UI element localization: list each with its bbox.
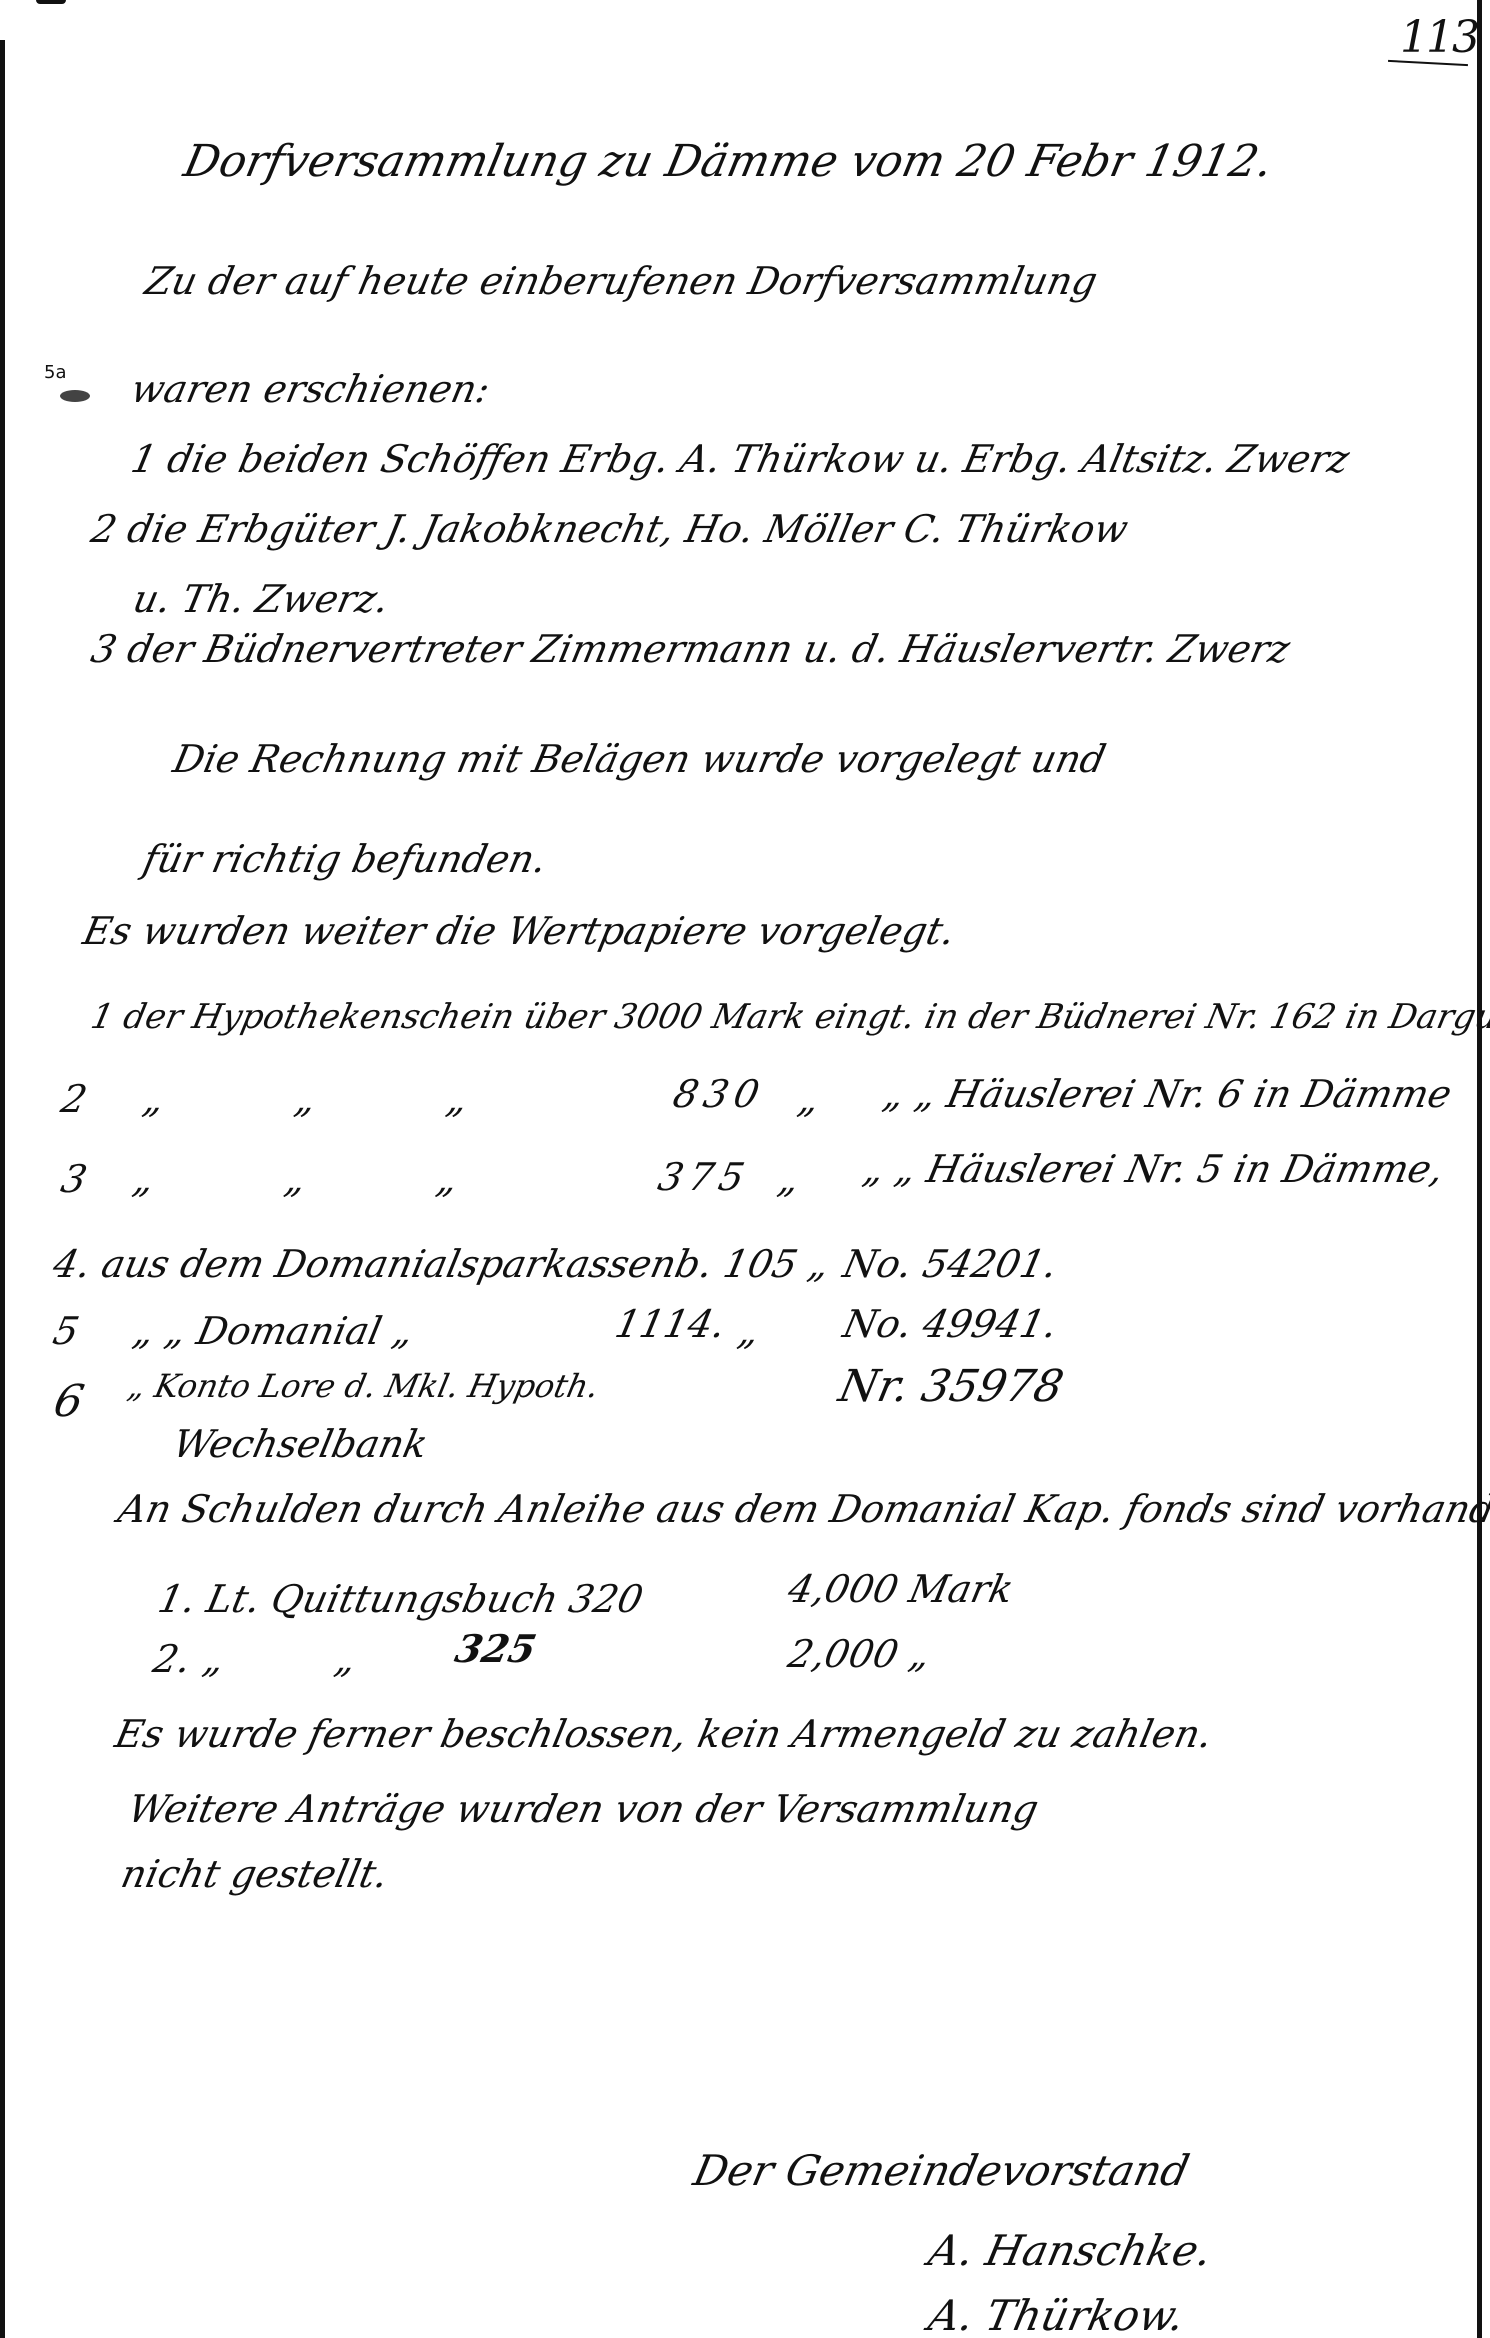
security-item-2-unit: „ [795, 1080, 823, 1118]
attendee-item-3: 3 der Büdnervertreter Zimmermann u. d. H… [88, 630, 1293, 668]
security-item-5-unit: „ [735, 1312, 763, 1350]
debt-item-1: 1. Lt. Quittungsbuch 320 [155, 1580, 646, 1618]
debts-intro: An Schulden durch Anleihe aus dem Domani… [115, 1490, 1490, 1528]
security-item-6-detail: Nr. 35978 [835, 1365, 1067, 1409]
intro-line-1: Zu der auf heute einberufenen Dorfversam… [142, 262, 1101, 300]
debt-item-1-amount: 4,000 Mark [785, 1570, 1017, 1608]
security-item-5-desc: „ „ Domanial „ [130, 1312, 417, 1350]
page-number: 113 [1400, 12, 1478, 63]
security-item-3-detail: „ „ Häuslerei Nr. 5 in Dämme, [860, 1150, 1447, 1188]
security-item-5-detail: No. 49941. [840, 1305, 1061, 1343]
attendee-item-2-cont: u. Th. Zwerz. [130, 580, 392, 618]
security-item-3-ditto: „ „ „ [130, 1160, 521, 1198]
security-item-6-number: 6 [50, 1380, 87, 1424]
security-item-6-cont: Wechselbank [170, 1425, 431, 1463]
attendee-item-1: 1 die beiden Schöffen Erbg. A. Thürkow u… [128, 440, 1353, 478]
debt-item-2-ref: 325 [452, 1630, 539, 1668]
intro-line-2: waren erschienen: [128, 370, 493, 408]
document-title: Dorfversammlung zu Dämme vom 20 Febr 191… [180, 140, 1276, 184]
paragraph-securities: Es wurden weiter die Wertpapiere vorgele… [80, 912, 958, 950]
security-item-4: 4. aus dem Domanialsparkassenb. 105 „ [50, 1245, 833, 1283]
debt-item-2-ditto: „ „ [200, 1640, 410, 1678]
ink-smudge [60, 390, 90, 402]
security-item-3-unit: „ [775, 1160, 803, 1198]
signature-heading: Der Gemeindevorstand [690, 2150, 1193, 2192]
debt-item-2-number: 2. [150, 1640, 194, 1678]
attendee-number: 2 [87, 507, 121, 551]
security-item-2-amount: 830 [670, 1075, 769, 1113]
margin-mark: 5a [44, 362, 66, 383]
security-item-5-amount: 1114. [612, 1305, 729, 1343]
security-item-6-desc: „ Konto Lore d. Mkl. Hypoth. [125, 1370, 602, 1402]
paragraph-accounts-cont: für richtig befunden. [140, 840, 550, 878]
paragraph-accounts: Die Rechnung mit Belägen wurde vorgelegt… [170, 740, 1109, 778]
attendee-item-2: 2 die Erbgüter J. Jakobknecht, Ho. Mölle… [88, 510, 1131, 548]
security-item-3-number: 3 [58, 1160, 90, 1198]
attendee-text: der Büdnervertreter Zimmermann u. d. Häu… [124, 627, 1294, 671]
security-item-4-detail: No. 54201. [840, 1245, 1061, 1283]
attendee-text: die Erbgüter J. Jakobknecht, Ho. Möller … [124, 507, 1132, 551]
security-item-3-amount: 375 [655, 1158, 754, 1196]
security-item-2-ditto: „ „ „ [140, 1080, 531, 1118]
security-item-2-number: 2 [58, 1080, 90, 1118]
document-page: 113 Dorfversammlung zu Dämme vom 20 Febr… [0, 0, 1490, 2338]
security-item-1: 1 der Hypothekenschein über 3000 Mark ei… [88, 1000, 1490, 1034]
closing-line-3: nicht gestellt. [118, 1855, 392, 1893]
page-left-border [0, 40, 5, 2338]
attendee-text: die beiden Schöffen Erbg. A. Thürkow u. … [164, 437, 1354, 481]
security-amount: 3000 [611, 997, 706, 1037]
attendee-number: 3 [87, 627, 121, 671]
security-item-2-detail: „ „ Häuslerei Nr. 6 in Dämme [880, 1075, 1455, 1113]
security-item-5-number: 5 [50, 1312, 82, 1350]
ink-blot [36, 0, 66, 4]
signature-1: A. Hanschke. [925, 2230, 1215, 2272]
closing-line-1: Es wurde ferner beschlossen, kein Armeng… [112, 1715, 1216, 1753]
attendee-number: 1 [127, 437, 161, 481]
closing-line-2: Weitere Anträge wurden von der Versammlu… [125, 1790, 1042, 1828]
page-right-border [1477, 0, 1482, 2338]
signature-2: A. Thürkow. [925, 2295, 1188, 2337]
debt-item-2-amount: 2,000 „ [785, 1635, 934, 1673]
